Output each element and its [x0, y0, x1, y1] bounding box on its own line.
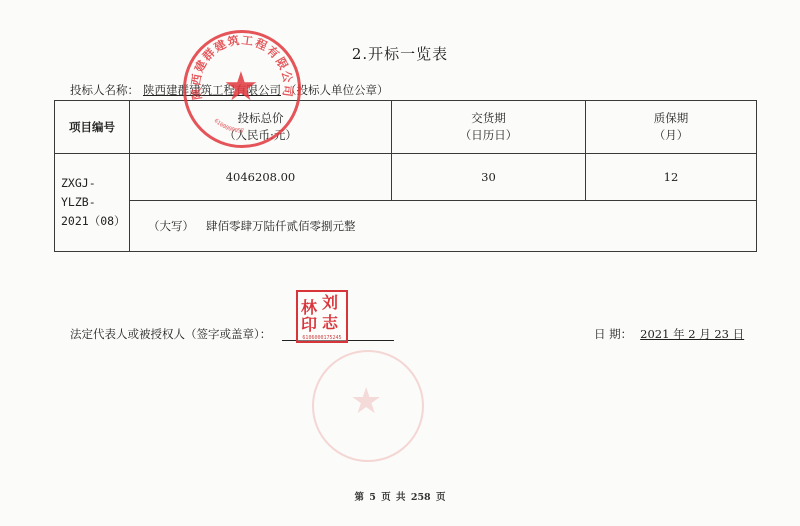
- amount-words-value: 肆佰零肆万陆仟贰佰零捌元整: [206, 219, 356, 233]
- table-header-row: 项目编号 投标总价 （人民币:元） 交货期 （日历日） 质保期 （月）: [55, 101, 757, 154]
- page-number: 第 5 页 共 258 页: [0, 489, 800, 503]
- bid-summary-table: 项目编号 投标总价 （人民币:元） 交货期 （日历日） 质保期 （月） ZXGJ…: [54, 100, 757, 252]
- faint-seal: ★: [312, 350, 424, 462]
- amount-words-label: （大写）: [148, 219, 194, 233]
- document-page: 2.开标一览表 投标人名称：陕西建群建筑工程有限公司（投标人单位公章） 项目编号…: [0, 0, 800, 526]
- table-row-amount-words: （大写）肆佰零肆万陆仟贰佰零捌元整: [55, 201, 757, 252]
- header-delivery: 交货期 （日历日）: [392, 101, 586, 154]
- table-row: ZXGJ-YLZB- 2021（08） 4046208.00 30 12: [55, 154, 757, 201]
- date-value: 2021 年 2 月 23 日: [632, 327, 746, 341]
- personal-seal: 刘 林 印 志 6106000175245: [296, 290, 348, 343]
- header-warranty: 质保期 （月）: [586, 101, 757, 154]
- company-seal: 陕西建群建筑工程有限公司 6100000057 ★: [183, 30, 301, 148]
- svg-text:6100000057: 6100000057: [213, 118, 245, 134]
- header-project-code: 项目编号: [55, 101, 130, 154]
- total-price-cell: 4046208.00: [130, 154, 392, 201]
- warranty-months-cell: 12: [586, 154, 757, 201]
- star-icon: ★: [350, 384, 382, 420]
- project-code-cell: ZXGJ-YLZB- 2021（08）: [55, 154, 130, 252]
- page-title: 2.开标一览表: [0, 43, 800, 64]
- date-label: 日 期：: [594, 327, 632, 341]
- bidder-label: 投标人名称：: [70, 83, 139, 97]
- star-icon: ★: [223, 67, 259, 107]
- delivery-days-cell: 30: [392, 154, 586, 201]
- date-line: 日 期：2021 年 2 月 23 日: [594, 326, 746, 342]
- amount-words-cell: （大写）肆佰零肆万陆仟贰佰零捌元整: [130, 201, 757, 252]
- signature-label: 法定代表人或被授权人（签字或盖章）：: [70, 326, 271, 342]
